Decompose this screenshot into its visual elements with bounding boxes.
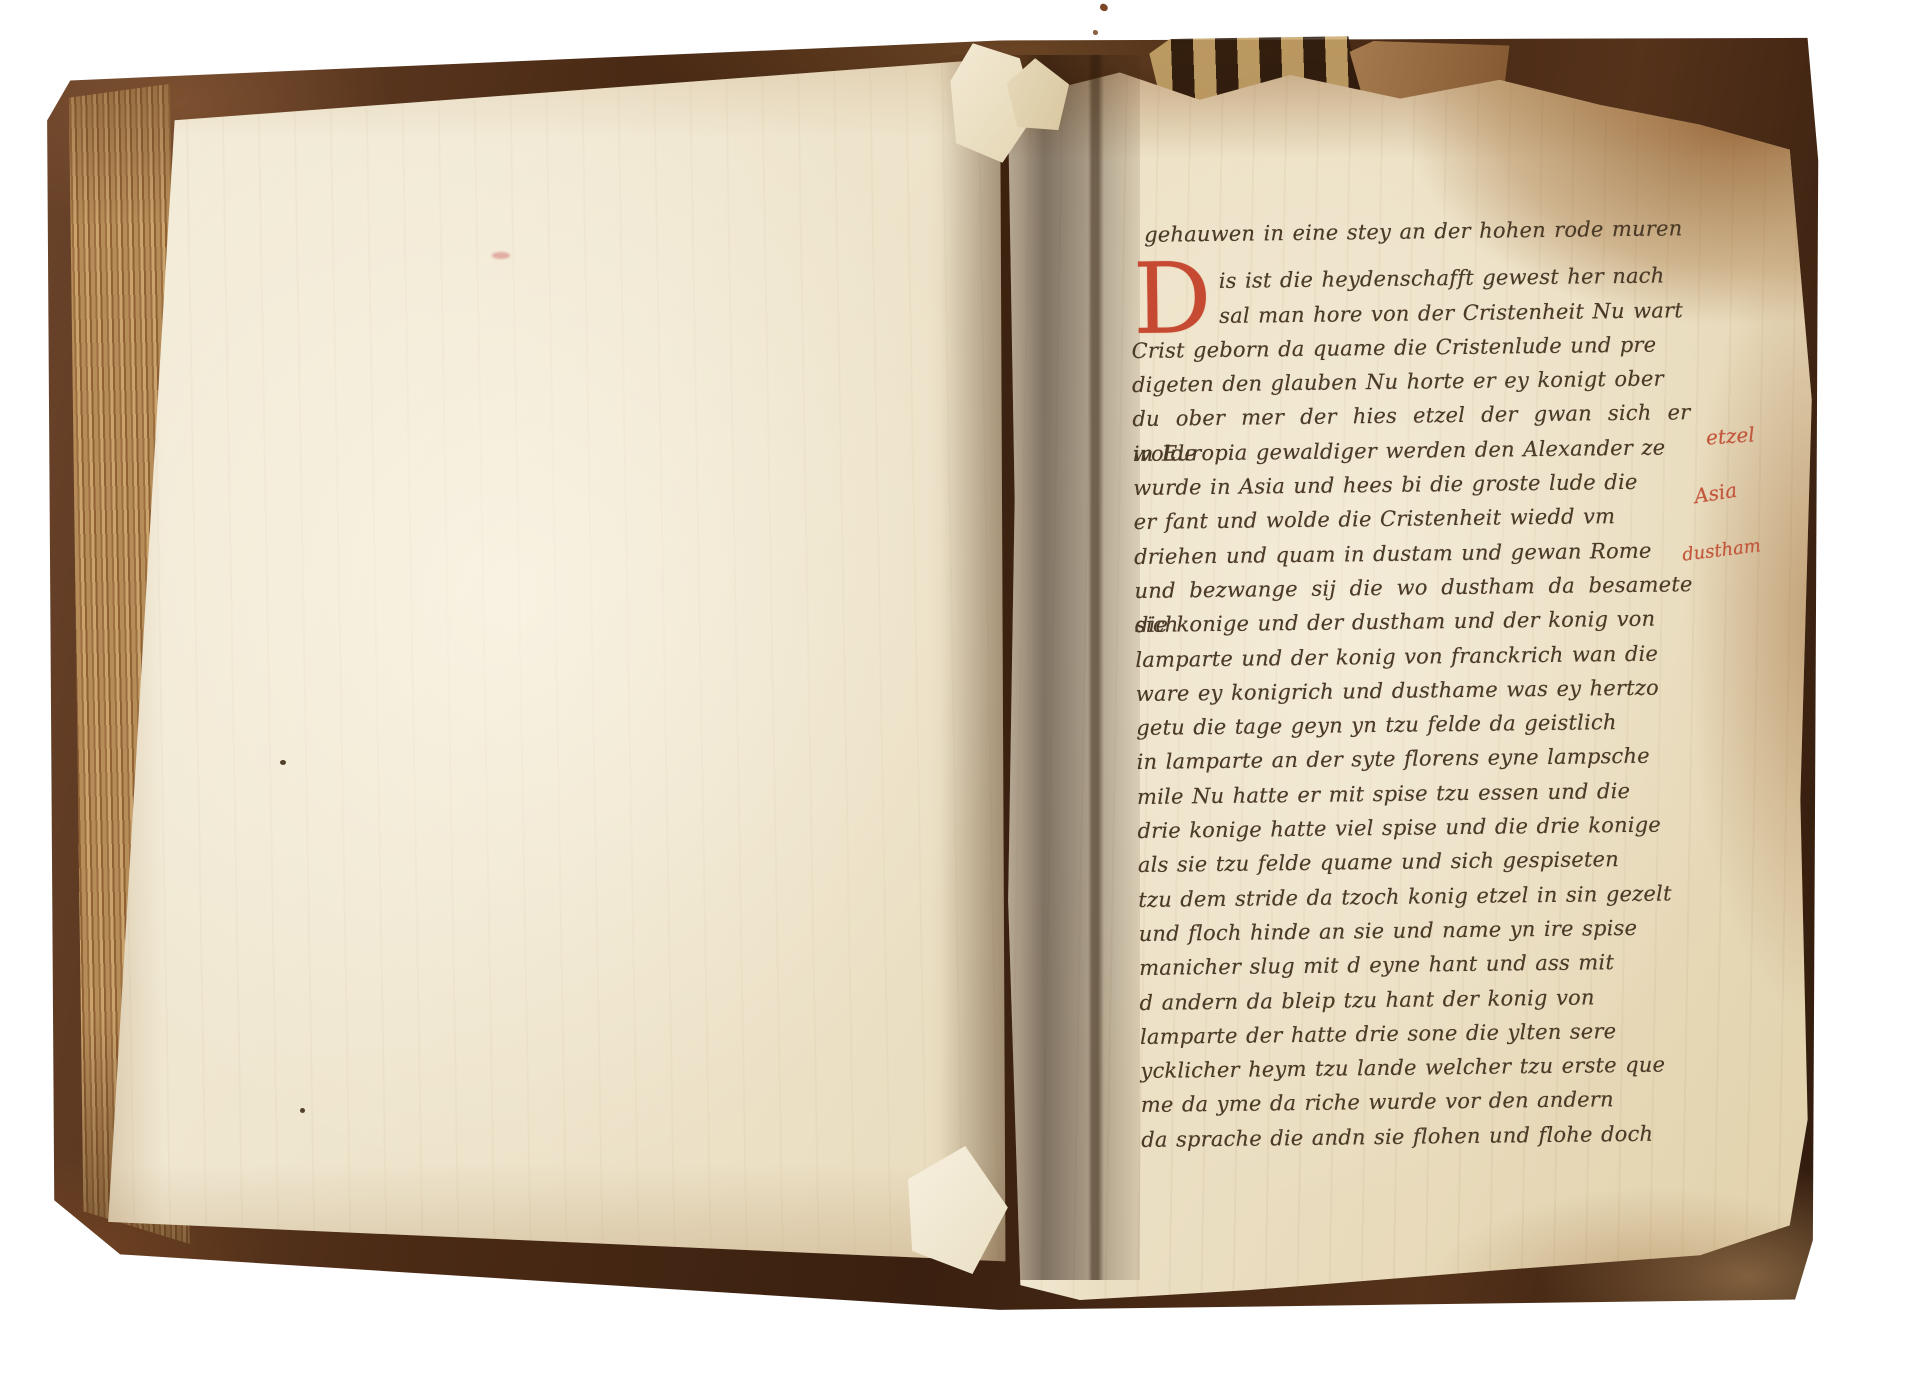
pink-smudge [492, 252, 510, 259]
wormhole [300, 1108, 305, 1113]
debris-speck [1093, 30, 1098, 35]
text-block: gehauwen in eine stey an der hohen rode … [1130, 211, 1699, 1157]
manuscript-line: da sprache die andn sie flohen und flohe… [1141, 1116, 1699, 1157]
rubric-initial-letter: D [1131, 264, 1220, 329]
manuscript-paragraph: D is ist die heydenschafft gewest her na… [1131, 258, 1700, 1156]
left-blank-page [100, 40, 1010, 1275]
wormhole [280, 760, 286, 765]
book-gutter [940, 55, 1140, 1280]
margin-note-rubric: etzel [1705, 422, 1755, 449]
manuscript-line: manicher slug mit d eyne hant und ass mi… [1139, 944, 1697, 985]
photo-stage: gehauwen in eine stey an der hohen rode … [0, 0, 1920, 1397]
debris-speck [1099, 3, 1109, 12]
manuscript-lines: is ist die heydenschafft gewest her nach… [1131, 258, 1700, 1156]
manuscript-header-line: gehauwen in eine stey an der hohen rode … [1144, 211, 1688, 252]
